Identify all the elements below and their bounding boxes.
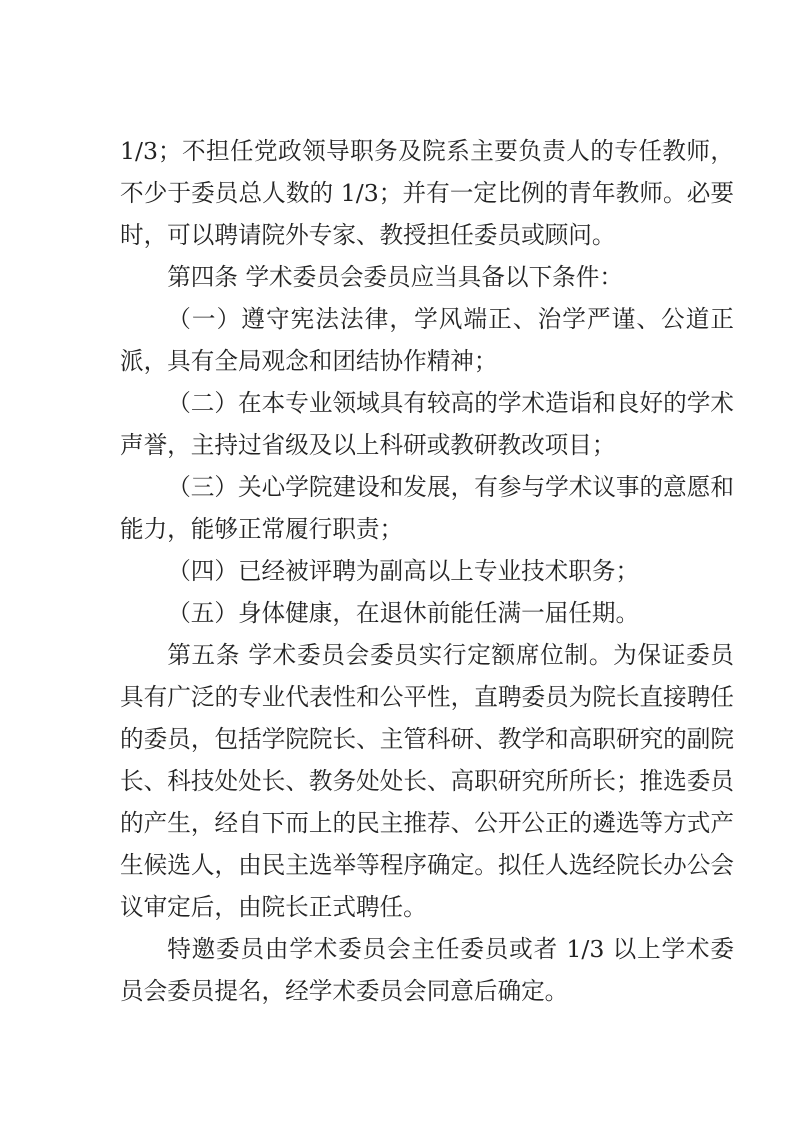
article-4-item-2: （二）在本专业领域具有较高的学术造诣和良好的学术声誉，主持过省级及以上科研或教研… [120,382,734,466]
article-4-heading: 第四条 学术委员会委员应当具备以下条件： [120,256,734,298]
article-4-item-3: （三）关心学院建设和发展，有参与学术议事的意愿和能力，能够正常履行职责； [120,466,734,550]
paragraph-carryover: 1/3；不担任党政领导职务及院系主要负责人的专任教师，不少于委员总人数的 1/3… [120,130,734,256]
article-4-item-1: （一）遵守宪法法律，学风端正、治学严谨、公道正派，具有全局观念和团结协作精神； [120,298,734,382]
article-4-item-5: （五）身体健康，在退休前能任满一届任期。 [120,592,734,634]
article-5-paragraph: 第五条 学术委员会委员实行定额席位制。为保证委员具有广泛的专业代表性和公平性，直… [120,634,734,928]
document-page: 1/3；不担任党政领导职务及院系主要负责人的专任教师，不少于委员总人数的 1/3… [0,0,793,1122]
article-4-item-4: （四）已经被评聘为副高以上专业技术职务； [120,550,734,592]
document-body: 1/3；不担任党政领导职务及院系主要负责人的专任教师，不少于委员总人数的 1/3… [120,130,734,1012]
special-invited-members-paragraph: 特邀委员由学术委员会主任委员或者 1/3 以上学术委员会委员提名，经学术委员会同… [120,928,734,1012]
